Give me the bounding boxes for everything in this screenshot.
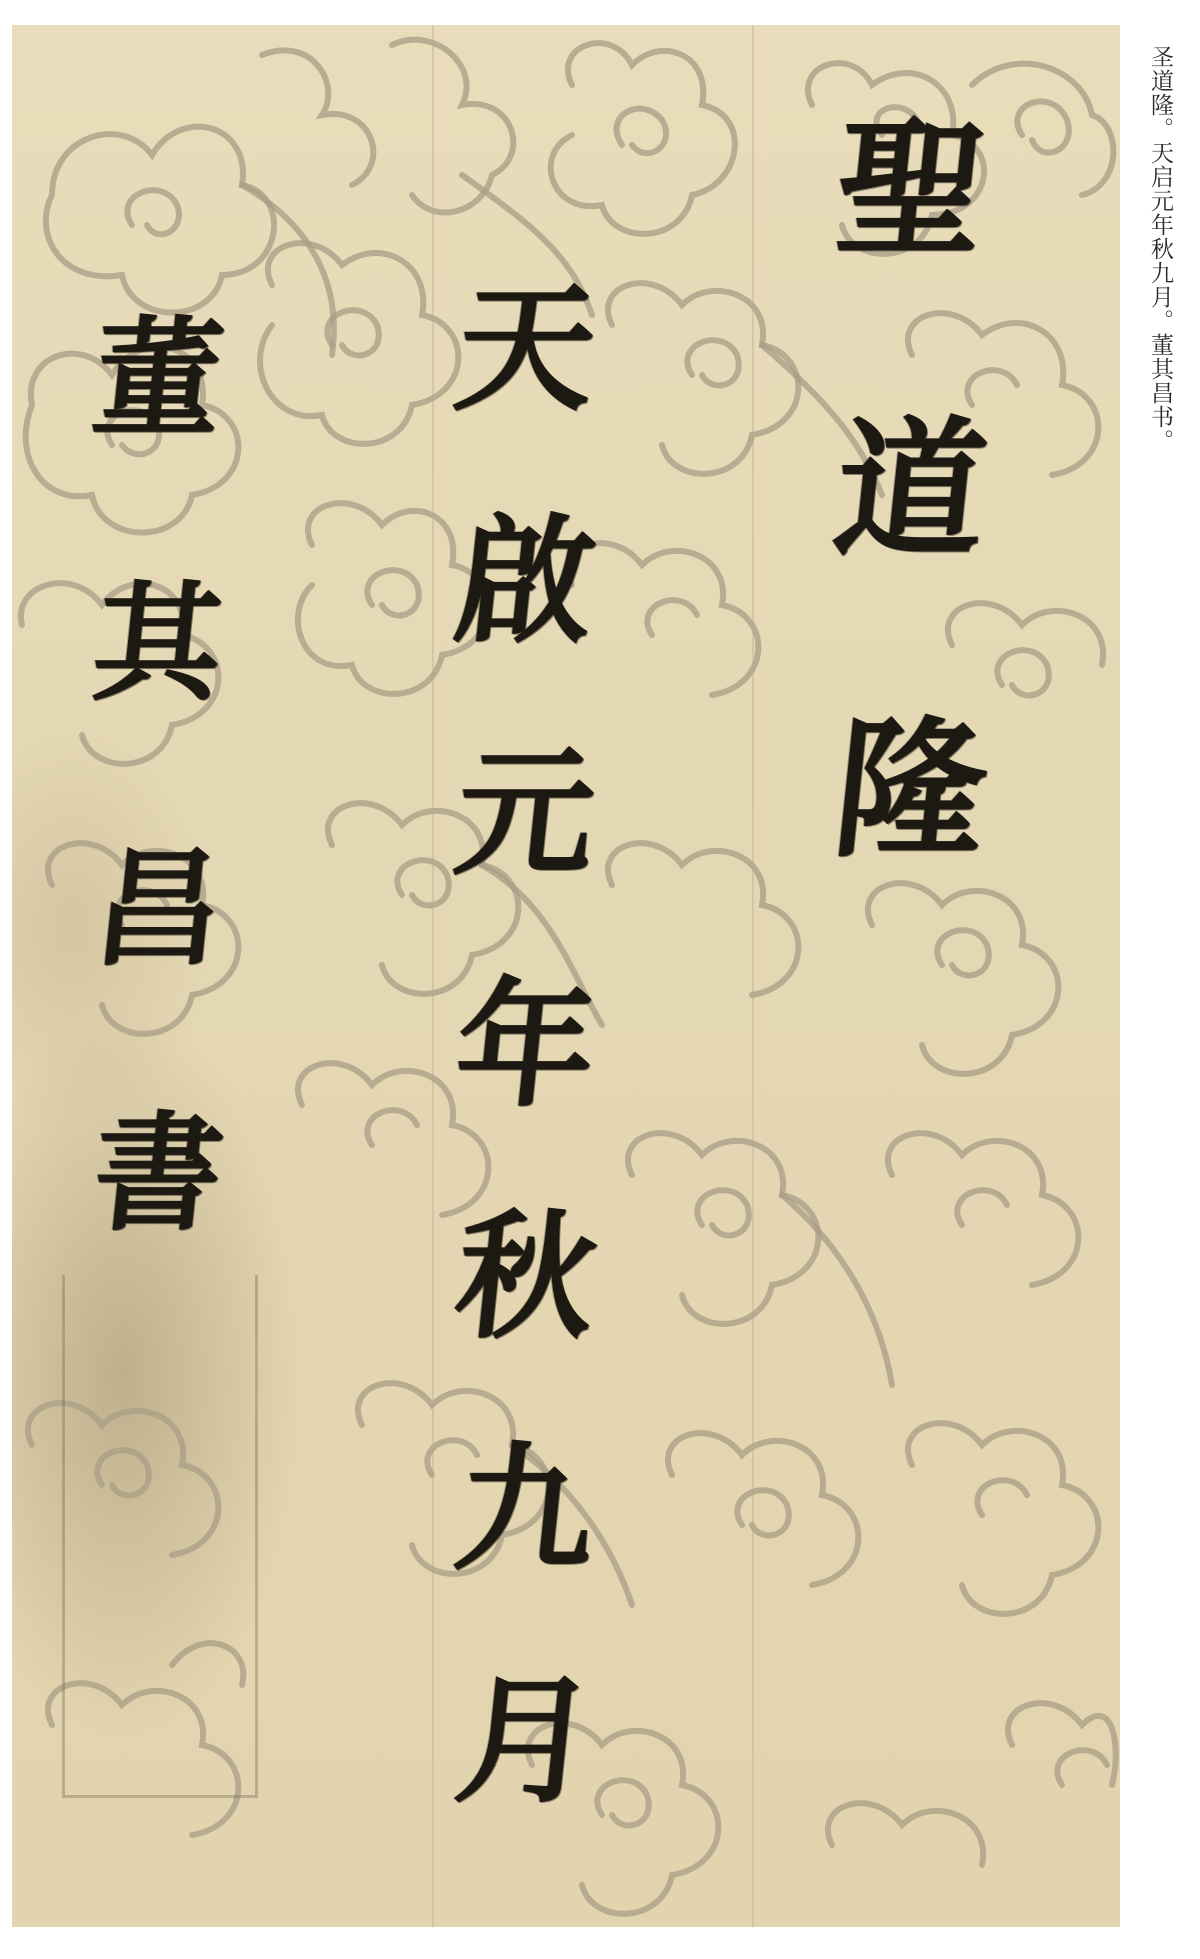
- calligraphy-character: 元: [440, 744, 602, 976]
- calligraphy-column-2: 天 啟 元 年 秋 九 月: [452, 280, 590, 1904]
- calligraphy-character: 道: [812, 415, 994, 715]
- calligraphy-character: 年: [440, 976, 602, 1208]
- paper-fold-line: [752, 25, 754, 1927]
- calligraphy-character: 秋: [440, 1208, 602, 1440]
- calligraphy-paper: 聖 道 隆 天 啟 元 年 秋 九 月 董 其 昌 書: [12, 25, 1120, 1927]
- calligraphy-character: 天: [440, 280, 602, 512]
- calligraphy-character: 隆: [812, 715, 994, 1015]
- paper-fold-line: [432, 25, 434, 1927]
- calligraphy-character: 董: [73, 315, 229, 580]
- calligraphy-character: 九: [440, 1440, 602, 1672]
- calligraphy-column-3-signature: 董 其 昌 書: [87, 315, 215, 1375]
- calligraphy-character: 其: [73, 580, 229, 845]
- calligraphy-column-1: 聖 道 隆: [828, 115, 978, 1015]
- calligraphy-character: 昌: [73, 845, 229, 1110]
- calligraphy-character: 聖: [812, 115, 994, 415]
- calligraphy-character: 書: [73, 1110, 229, 1375]
- calligraphy-character: 月: [440, 1672, 602, 1904]
- calligraphy-character: 啟: [440, 512, 602, 744]
- transcription-caption: 圣道隆。天启元年秋九月。董其昌书。: [1148, 45, 1171, 453]
